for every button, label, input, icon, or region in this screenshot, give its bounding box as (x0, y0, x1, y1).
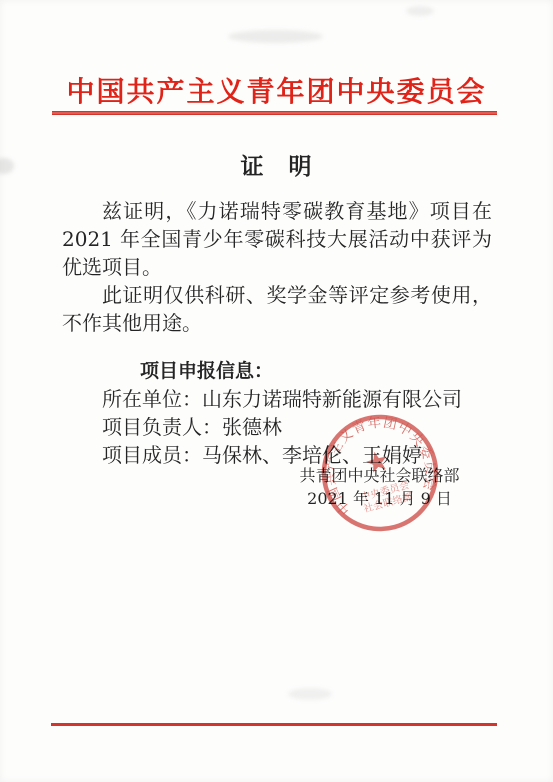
scan-smudge (406, 6, 434, 16)
scan-smudge (288, 688, 332, 700)
body-paragraph-2: 此证明仅供科研、奖学金等评定参考使用，不作其他用途。 (62, 281, 492, 337)
seal-star-icon (364, 449, 389, 474)
info-row-unit-label: 所在单位： (102, 387, 202, 411)
letterhead-rule (52, 111, 497, 115)
body-paragraph-1: 兹证明，《力诺瑞特零碳教育基地》项目在 2021 年全国青少年零碳科技大展活动中… (62, 197, 492, 281)
certificate-page: 中国共产主义青年团中央委员会 证 明 兹证明，《力诺瑞特零碳教育基地》项目在 2… (0, 0, 553, 782)
project-info-heading: 项目申报信息： (102, 357, 492, 385)
footer-rule (51, 723, 497, 726)
seal-group: 中国共产主义青年团中央委员会 中央委员会 社会联络部 (308, 400, 451, 542)
document-title: 证 明 (0, 148, 553, 181)
scan-smudge (228, 30, 323, 43)
info-row-members-label: 项目成员： (102, 443, 202, 467)
info-row-leader-label: 项目负责人： (102, 415, 222, 439)
info-row-leader-value: 张德林 (222, 415, 282, 439)
official-seal: 中国共产主义青年团中央委员会 中央委员会 社会联络部 (305, 398, 455, 548)
letterhead-org-name: 中国共产主义青年团中央委员会 (0, 70, 553, 110)
